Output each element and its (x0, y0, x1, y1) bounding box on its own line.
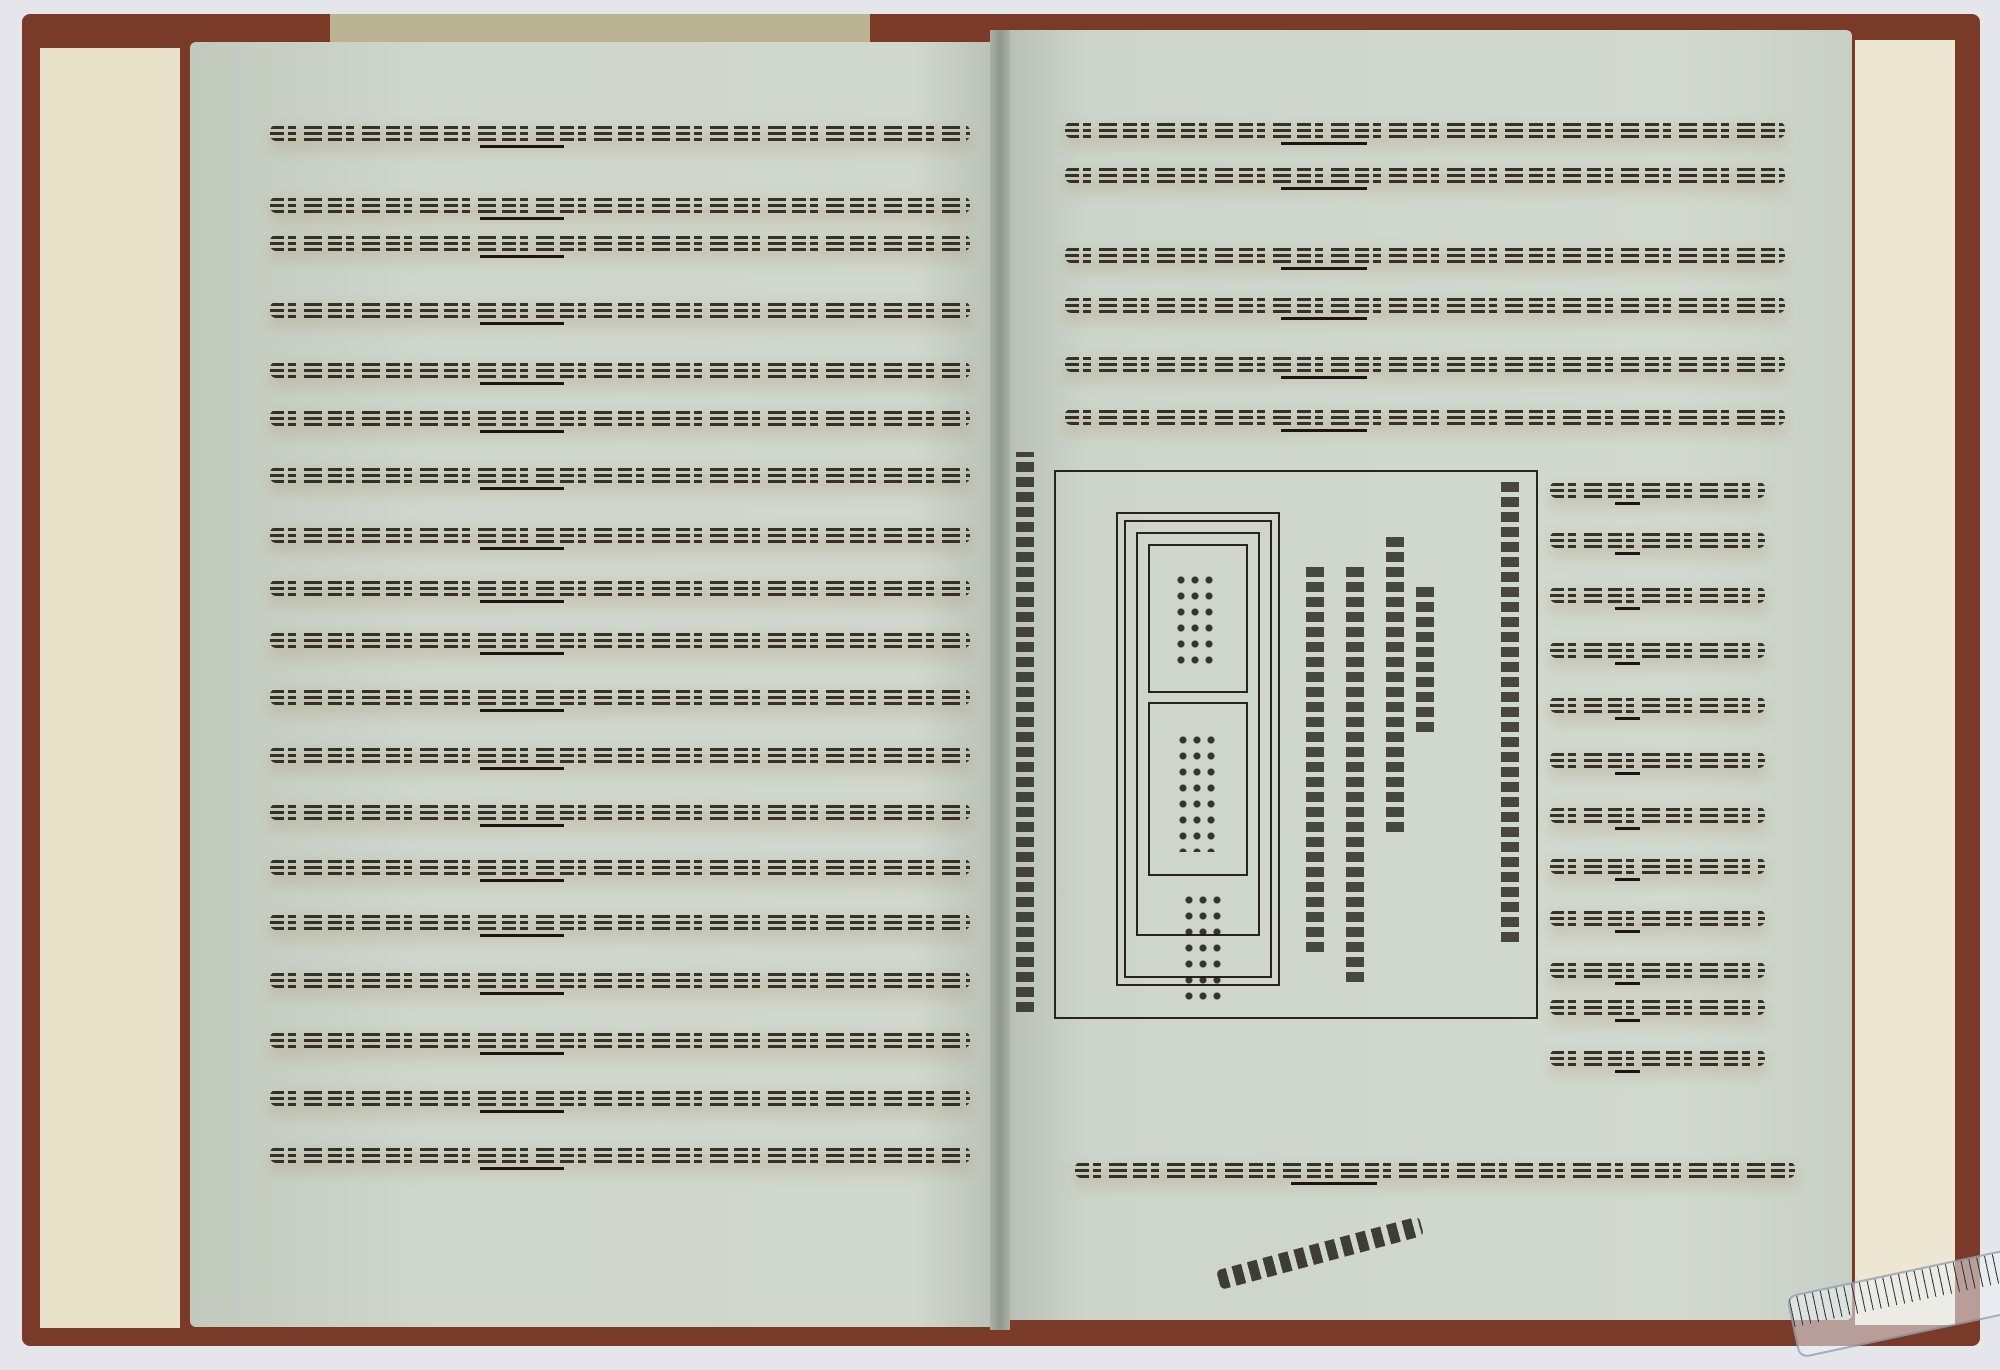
script-line (270, 457, 970, 491)
script-line (1065, 237, 1785, 271)
vertical-annotation (1501, 482, 1519, 942)
script-line (270, 1137, 970, 1171)
vertical-annotation (1386, 532, 1404, 832)
script-line (1550, 577, 1765, 611)
script-line (270, 517, 970, 551)
script-line (1550, 952, 1765, 986)
dot-glyphs (1176, 732, 1216, 852)
dot-glyphs (1182, 892, 1222, 1002)
script-line (1550, 472, 1765, 506)
vertical-annotation (1306, 562, 1324, 952)
script-line (1065, 346, 1785, 380)
script-line (270, 849, 970, 883)
script-line (270, 794, 970, 828)
script-line (1550, 687, 1765, 721)
script-line (270, 187, 970, 221)
script-line (1550, 1040, 1765, 1074)
script-line (1550, 632, 1765, 666)
vertical-annotation (1346, 562, 1364, 982)
vertical-annotation (1416, 582, 1434, 732)
script-line (270, 400, 970, 434)
script-line (1075, 1152, 1795, 1186)
script-line (1550, 742, 1765, 776)
script-line (270, 1022, 970, 1056)
script-line (1065, 399, 1785, 433)
dot-glyphs (1174, 572, 1214, 672)
left-endpaper (40, 48, 180, 1328)
script-line (270, 225, 970, 259)
script-line (270, 1080, 970, 1114)
script-line (1550, 522, 1765, 556)
script-line (1065, 112, 1785, 146)
script-line (1550, 900, 1765, 934)
script-line (270, 570, 970, 604)
script-line (270, 737, 970, 771)
script-line (1065, 157, 1785, 191)
right-page-block (1855, 40, 1955, 1325)
margin-vertical-text (1016, 452, 1034, 1012)
script-line (270, 352, 970, 386)
script-line (1550, 989, 1765, 1023)
script-line (270, 115, 970, 149)
script-line (1550, 797, 1765, 831)
script-line (270, 962, 970, 996)
manuscript-diagram (1054, 470, 1538, 1019)
script-line (270, 622, 970, 656)
script-line (1065, 287, 1785, 321)
script-line (270, 904, 970, 938)
script-line (1550, 848, 1765, 882)
book-gutter (990, 30, 1010, 1330)
script-line (270, 292, 970, 326)
script-line (270, 679, 970, 713)
